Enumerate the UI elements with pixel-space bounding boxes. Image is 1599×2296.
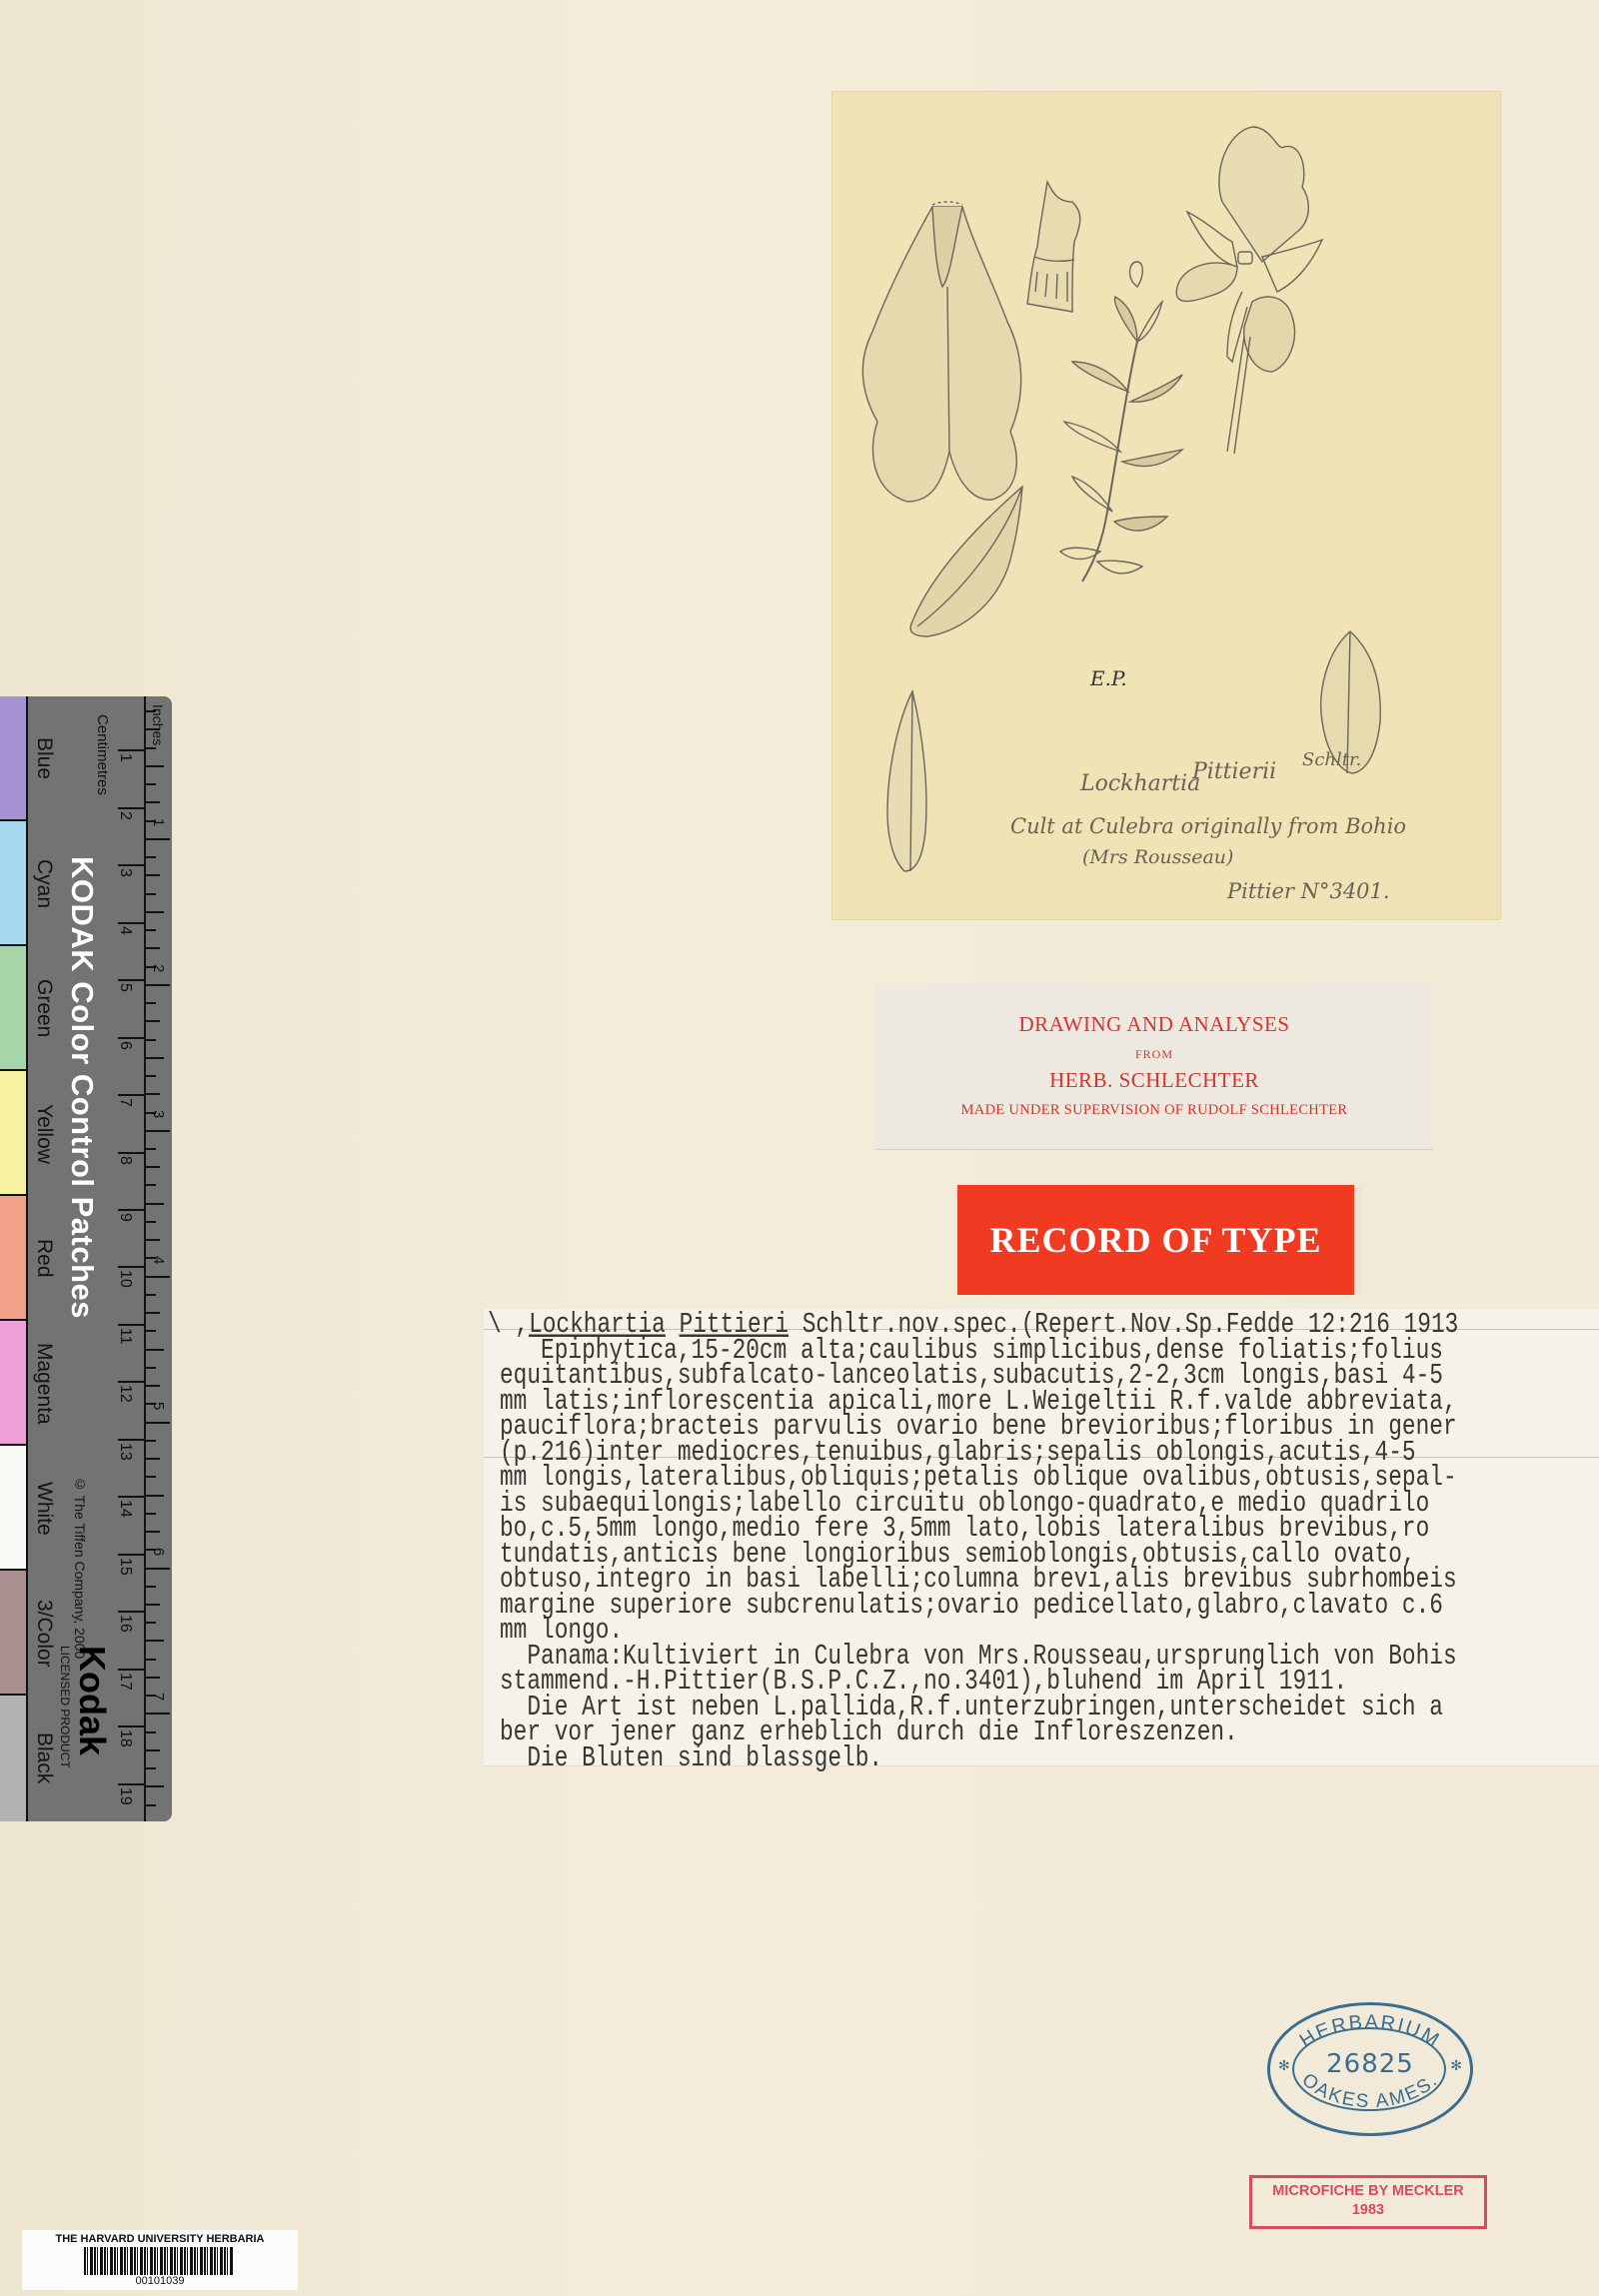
cm-tick bbox=[118, 1611, 144, 1613]
inch-tick bbox=[146, 1221, 156, 1223]
barcode-label: THE HARVARD UNIVERSITY HERBARIA 00101039 bbox=[22, 2230, 298, 2290]
cm-tick-label: 12 bbox=[116, 1385, 134, 1403]
inch-tick bbox=[146, 1294, 156, 1296]
cm-tick bbox=[118, 1381, 144, 1383]
cm-tick bbox=[118, 1783, 144, 1785]
annotation-locality: Cult at Culebra originally from Bohio bbox=[1010, 814, 1406, 838]
stamp-star-icon: ✻ bbox=[1278, 2057, 1290, 2074]
inch-tick bbox=[146, 1039, 156, 1041]
color-bar-copyright: © The Tiffen Company, 2000 bbox=[72, 1476, 88, 1659]
inch-tick-label: 2 bbox=[150, 964, 167, 972]
inch-tick bbox=[146, 747, 156, 749]
cm-tick-label: 18 bbox=[116, 1729, 134, 1747]
inch-tick bbox=[146, 1749, 160, 1751]
inch-tick bbox=[146, 1713, 170, 1715]
inch-tick bbox=[146, 710, 156, 712]
inch-tick bbox=[146, 1093, 160, 1095]
inch-tick bbox=[146, 1020, 160, 1022]
inch-tick bbox=[146, 1622, 156, 1624]
inch-tick bbox=[146, 838, 170, 840]
inch-tick-label: 6 bbox=[150, 1548, 167, 1556]
inch-tick bbox=[146, 947, 160, 949]
patch-yellow bbox=[0, 1071, 26, 1196]
inch-tick bbox=[146, 1385, 160, 1387]
barcode-title: THE HARVARD UNIVERSITY HERBARIA bbox=[22, 2233, 298, 2245]
annotation-collector: (Mrs Rousseau) bbox=[1082, 846, 1233, 868]
inch-tick bbox=[146, 856, 156, 858]
patch-black bbox=[0, 1696, 26, 1821]
patch-label-white: White bbox=[28, 1446, 60, 1571]
inch-tick bbox=[146, 1731, 156, 1733]
cm-tick-label: 11 bbox=[116, 1328, 134, 1345]
cm-tick-label: 17 bbox=[116, 1673, 134, 1691]
cm-tick bbox=[118, 1324, 144, 1326]
inch-tick bbox=[146, 1148, 156, 1150]
cm-tick bbox=[118, 922, 144, 924]
cm-tick-label: 2 bbox=[116, 811, 134, 820]
patch-blue bbox=[0, 696, 26, 821]
ruler-centimetres-label: Centimetres bbox=[94, 714, 111, 795]
inch-tick bbox=[146, 874, 160, 876]
cm-tick bbox=[118, 979, 144, 981]
inch-tick bbox=[146, 1166, 160, 1168]
cm-tick-label: 19 bbox=[116, 1787, 134, 1805]
inch-tick bbox=[146, 1075, 156, 1077]
inch-tick bbox=[146, 1804, 156, 1806]
schlechter-label-line2: FROM bbox=[875, 1047, 1433, 1062]
artist-monogram: E.P. bbox=[1090, 666, 1127, 690]
record-label-tab bbox=[1354, 1187, 1362, 1295]
typed-description-label: \ ,Lockhartia Pittieri Schltr.nov.spec.(… bbox=[484, 1309, 1599, 1766]
schlechter-label: DRAWING AND ANALYSES FROM HERB. SCHLECHT… bbox=[875, 984, 1433, 1149]
cm-tick bbox=[118, 1152, 144, 1154]
herbarium-number: 26825 bbox=[1270, 2049, 1470, 2079]
patch-label-magenta: Magenta bbox=[28, 1321, 60, 1446]
inch-tick bbox=[146, 1367, 156, 1369]
inch-tick bbox=[146, 1640, 164, 1642]
patch-label-green: Green bbox=[28, 946, 60, 1071]
herbarium-stamp: HERBARIUM OAKES AMES. 26825 ✻ ✻ bbox=[1267, 2002, 1473, 2136]
inch-tick bbox=[146, 1604, 160, 1606]
microfiche-stamp-line2: 1983 bbox=[1252, 2202, 1484, 2218]
patch-label-cyan: Cyan bbox=[28, 821, 60, 946]
annotation-author: Schltr. bbox=[1302, 749, 1361, 770]
inch-tick bbox=[146, 801, 160, 803]
cm-tick-label: 1 bbox=[116, 753, 134, 762]
annotation-number: Pittier N°3401. bbox=[1227, 879, 1390, 903]
barcode-number: 00101039 bbox=[22, 2275, 298, 2287]
inch-tick bbox=[146, 1057, 164, 1059]
inch-tick bbox=[146, 728, 160, 730]
cm-tick-label: 15 bbox=[116, 1558, 134, 1576]
patch-label-3color: 3/Color bbox=[28, 1571, 60, 1696]
schlechter-label-line3: HERB. SCHLECHTER bbox=[875, 1068, 1433, 1093]
cm-tick bbox=[118, 1209, 144, 1211]
typed-line: margine superiore subcrenulatis;ovario p… bbox=[500, 1593, 1443, 1619]
inch-tick-label: 7 bbox=[150, 1693, 167, 1701]
inch-tick bbox=[146, 1568, 170, 1570]
cm-tick-label: 9 bbox=[116, 1213, 134, 1222]
inch-tick bbox=[146, 1239, 160, 1241]
patch-white bbox=[0, 1446, 26, 1571]
patch-cyan bbox=[0, 821, 26, 946]
inch-tick bbox=[146, 1184, 156, 1186]
stamp-star-icon: ✻ bbox=[1450, 2057, 1462, 2074]
cm-tick-label: 14 bbox=[116, 1500, 134, 1518]
inch-tick bbox=[146, 1586, 156, 1588]
schlechter-label-line4: MADE UNDER SUPERVISION OF RUDOLF SCHLECH… bbox=[875, 1102, 1433, 1119]
inch-tick-label: 5 bbox=[150, 1402, 167, 1410]
inch-tick bbox=[146, 1312, 160, 1314]
patch-red bbox=[0, 1196, 26, 1321]
inch-tick bbox=[146, 1203, 164, 1205]
inch-tick bbox=[146, 1130, 170, 1132]
inch-tick bbox=[146, 1785, 164, 1787]
inch-tick bbox=[146, 1276, 170, 1278]
cm-tick bbox=[118, 1094, 144, 1096]
inch-tick bbox=[146, 1002, 156, 1004]
patch-magenta bbox=[0, 1321, 26, 1446]
inch-tick bbox=[146, 893, 156, 895]
inch-tick bbox=[146, 1659, 156, 1661]
cm-tick-label: 10 bbox=[116, 1270, 134, 1288]
cm-tick bbox=[118, 807, 144, 809]
inch-tick bbox=[146, 1767, 156, 1769]
inch-tick bbox=[146, 1440, 156, 1442]
cm-tick bbox=[118, 1439, 144, 1441]
cm-tick-label: 6 bbox=[116, 1041, 134, 1050]
typed-line: Die Bluten sind blassgelb. bbox=[500, 1745, 882, 1771]
microfiche-stamp: MICROFICHE BY MECKLER 1983 bbox=[1249, 2175, 1487, 2229]
patch-label-blue: Blue bbox=[28, 696, 60, 821]
patch-label-black: Black bbox=[28, 1696, 60, 1820]
inch-tick bbox=[146, 1330, 156, 1332]
cm-tick bbox=[118, 1037, 144, 1039]
inch-tick bbox=[146, 1349, 164, 1351]
cm-tick-label: 8 bbox=[116, 1156, 134, 1165]
cm-tick bbox=[118, 1554, 144, 1556]
patch-label-red: Red bbox=[28, 1196, 60, 1321]
patch-3color bbox=[0, 1571, 26, 1696]
inch-tick bbox=[146, 1458, 160, 1460]
barcode-icon bbox=[84, 2247, 234, 2275]
inch-tick-label: 3 bbox=[150, 1110, 167, 1118]
cm-tick-label: 13 bbox=[116, 1443, 134, 1461]
annotation-species: Pittierii bbox=[1192, 759, 1276, 784]
cm-tick-label: 5 bbox=[116, 983, 134, 992]
inch-tick-label: 1 bbox=[150, 818, 167, 826]
cm-tick bbox=[118, 1266, 144, 1268]
inch-tick bbox=[146, 911, 164, 913]
cm-tick-label: 3 bbox=[116, 868, 134, 877]
inch-tick bbox=[146, 984, 170, 986]
inch-tick bbox=[146, 765, 164, 767]
cm-tick bbox=[118, 864, 144, 866]
cm-tick bbox=[118, 1725, 144, 1727]
kodak-color-bar: Blue Cyan Green Yellow Red Magenta White… bbox=[0, 696, 172, 1821]
cm-tick bbox=[118, 1496, 144, 1498]
licensed-product-text: LICENSED PRODUCT bbox=[58, 1646, 72, 1768]
cm-tick-label: 7 bbox=[116, 1098, 134, 1107]
cm-tick bbox=[118, 1669, 144, 1671]
inch-tick bbox=[146, 1531, 160, 1533]
inch-tick bbox=[146, 783, 156, 785]
inch-tick bbox=[146, 929, 156, 931]
inch-tick bbox=[146, 1476, 156, 1478]
cm-tick-label: 4 bbox=[116, 926, 134, 935]
annotation-genus: Lockhartia bbox=[1080, 771, 1200, 796]
inch-tick bbox=[146, 1677, 160, 1679]
cm-tick bbox=[118, 749, 144, 751]
schlechter-label-line1: DRAWING AND ANALYSES bbox=[875, 1012, 1433, 1037]
inch-tick bbox=[146, 1513, 156, 1515]
microfiche-stamp-line1: MICROFICHE BY MECKLER bbox=[1252, 2183, 1484, 2199]
inch-tick bbox=[146, 1422, 170, 1424]
cm-tick-label: 16 bbox=[116, 1615, 134, 1633]
kodak-logo: Kodak bbox=[74, 1646, 110, 1755]
inch-tick bbox=[146, 1495, 164, 1497]
record-of-type-label: RECORD OF TYPE bbox=[957, 1185, 1354, 1295]
botanical-drawing: E.P. Lockhartia Pittierii Schltr. Cult a… bbox=[832, 92, 1500, 919]
patch-label-yellow: Yellow bbox=[28, 1071, 60, 1196]
inch-tick-label: 4 bbox=[150, 1256, 167, 1264]
ruler-line bbox=[144, 696, 146, 1821]
patch-green bbox=[0, 946, 26, 1071]
